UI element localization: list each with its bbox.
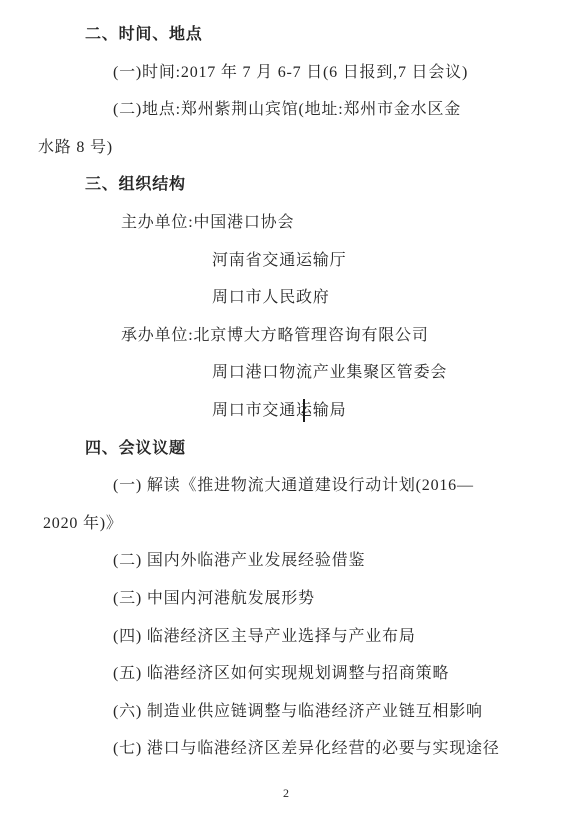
agenda-item-line: (二) 国内外临港产业发展经验借鉴	[38, 542, 548, 580]
text-cursor	[303, 399, 305, 422]
host-unit-item: 河南省交通运输厅	[38, 242, 548, 280]
host-unit-item: 周口市人民政府	[38, 279, 548, 317]
agenda-item-line: (一) 解读《推进物流大通道建设行动计划(2016—	[38, 467, 548, 505]
agenda-item-line: (三) 中国内河港航发展形势	[38, 580, 548, 618]
document-page: 二、时间、地点 (一)时间:2017 年 7 月 6-7 日(6 日报到,7 日…	[0, 0, 584, 832]
location-line: (二)地点:郑州紫荆山宾馆(地址:郑州市金水区金	[38, 91, 548, 129]
agenda-item-line-continued: 2020 年)》	[38, 505, 548, 543]
section-heading-time-location: 二、时间、地点	[38, 16, 548, 54]
location-line-continued: 水路 8 号)	[38, 129, 548, 167]
organizer-unit-item: 周口港口物流产业集聚区管委会	[38, 354, 548, 392]
page-number: 2	[0, 786, 572, 801]
organizer-unit-item: 周口市交通运输局	[38, 392, 548, 430]
agenda-item-line: (七) 港口与临港经济区差异化经营的必要与实现途径	[38, 730, 548, 768]
document-body: 二、时间、地点 (一)时间:2017 年 7 月 6-7 日(6 日报到,7 日…	[38, 16, 548, 768]
agenda-item-line: (六) 制造业供应链调整与临港经济产业链互相影响	[38, 693, 548, 731]
section-heading-organization: 三、组织结构	[38, 166, 548, 204]
agenda-item-line: (四) 临港经济区主导产业选择与产业布局	[38, 618, 548, 656]
host-units-line: 主办单位:中国港口协会	[38, 204, 548, 242]
section-heading-agenda: 四、会议议题	[38, 430, 548, 468]
organizer-units-line: 承办单位:北京博大方略管理咨询有限公司	[38, 317, 548, 355]
agenda-item-line: (五) 临港经济区如何实现规划调整与招商策略	[38, 655, 548, 693]
time-line: (一)时间:2017 年 7 月 6-7 日(6 日报到,7 日会议)	[38, 54, 548, 92]
